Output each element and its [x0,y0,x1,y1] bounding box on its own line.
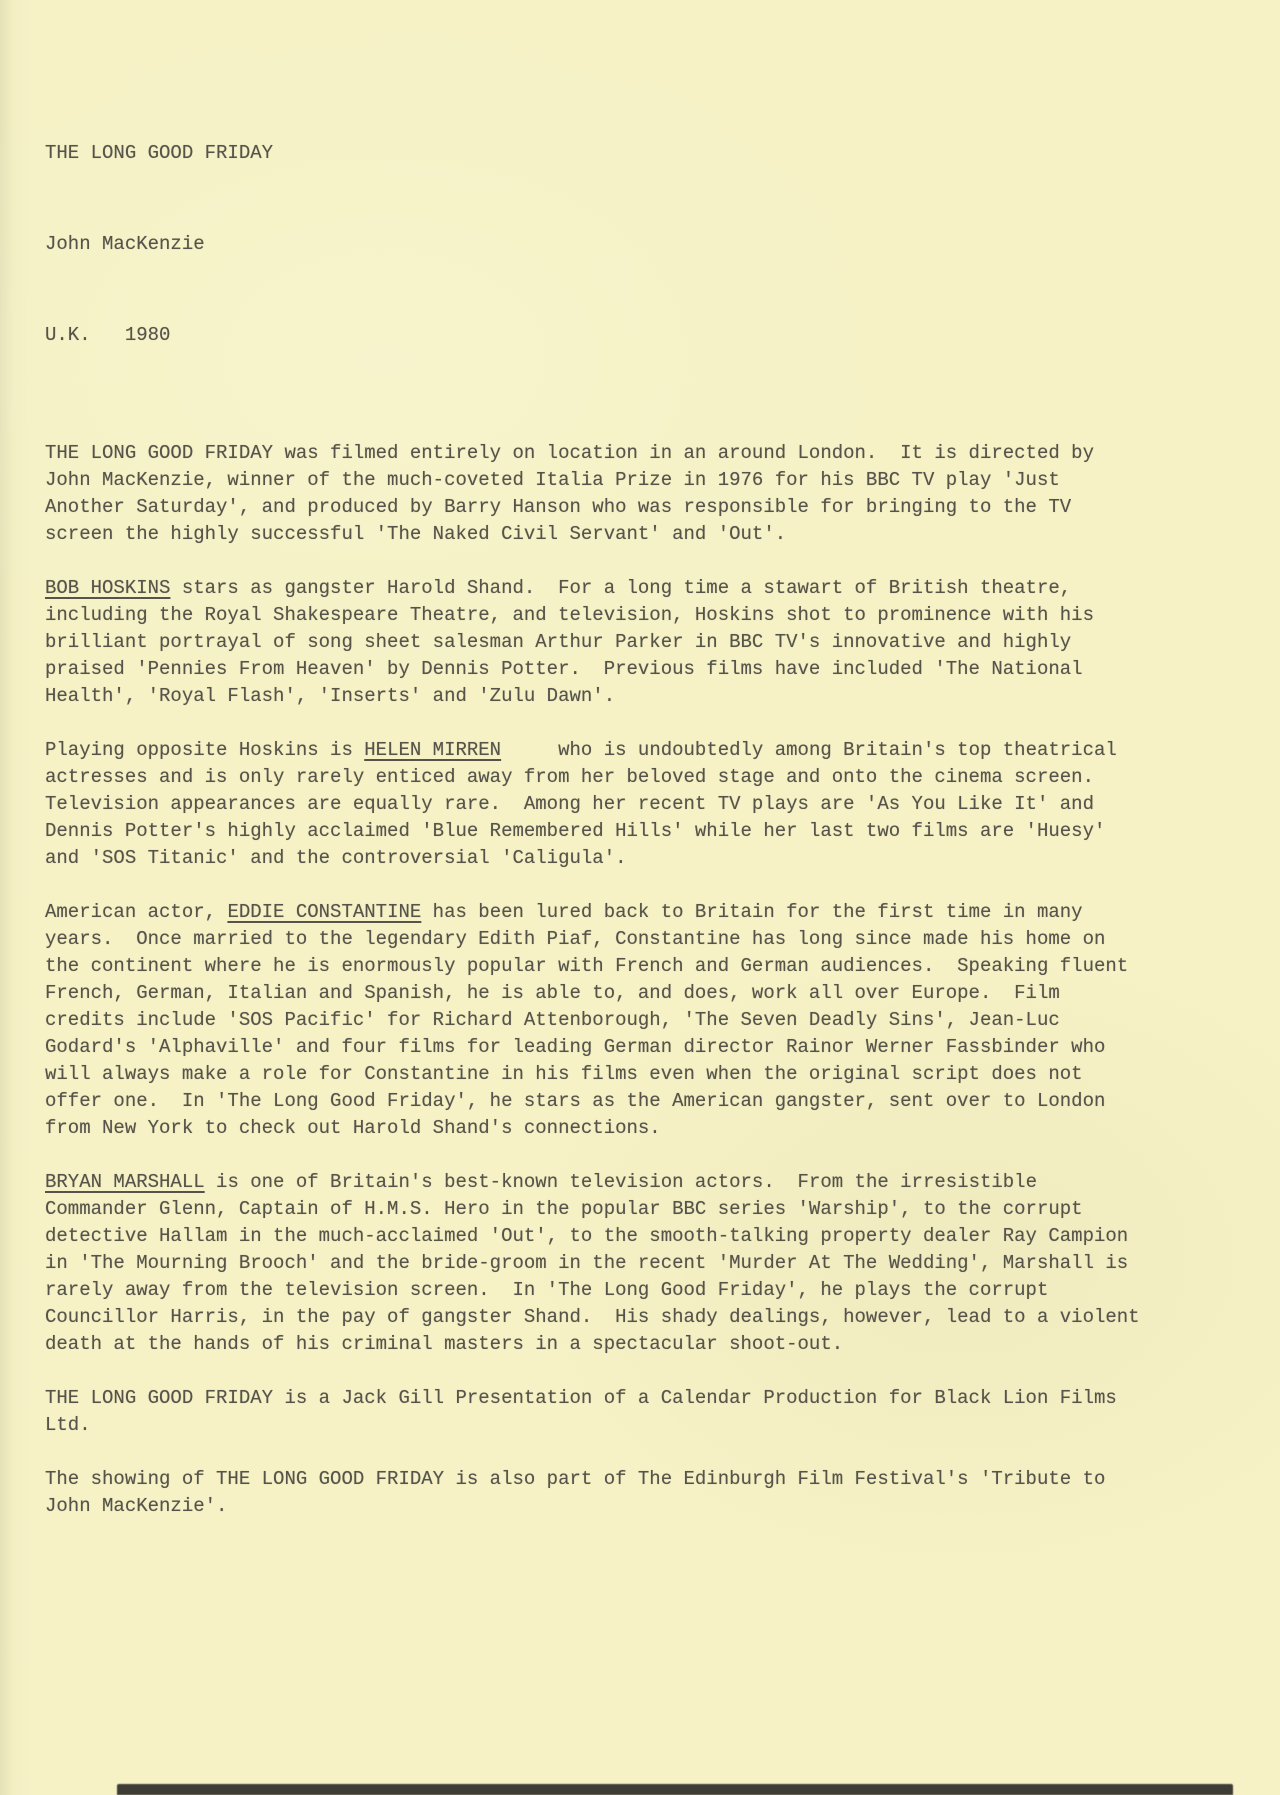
underlined-cast-name: BRYAN MARSHALL [45,1171,205,1193]
paragraph: THE LONG GOOD FRIDAY is a Jack Gill Pres… [45,1385,1145,1439]
underlined-cast-name: HELEN MIRREN [364,739,501,761]
paragraph: Playing opposite Hoskins is HELEN MIRREN… [45,737,1145,872]
paragraph-text: THE LONG GOOD FRIDAY is a Jack Gill Pres… [45,1387,1128,1436]
scanned-page: THE LONG GOOD FRIDAY John MacKenzie U.K.… [0,0,1280,1795]
paragraph: American actor, EDDIE CONSTANTINE has be… [45,899,1145,1142]
film-title: THE LONG GOOD FRIDAY [45,140,1145,167]
paragraph-text: Playing opposite Hoskins is [45,739,364,761]
underlined-cast-name: BOB HOSKINS [45,577,170,599]
scan-edge-artifact [117,1784,1233,1795]
paragraph-text: The showing of THE LONG GOOD FRIDAY is a… [45,1468,1117,1517]
underlined-cast-name: EDDIE CONSTANTINE [227,901,421,923]
document-body: THE LONG GOOD FRIDAY John MacKenzie U.K.… [45,86,1145,1574]
paragraph-text: has been lured back to Britain for the f… [45,901,1140,1139]
paragraph: BOB HOSKINS stars as gangster Harold Sha… [45,575,1145,710]
paragraph: BRYAN MARSHALL is one of Britain's best-… [45,1169,1145,1358]
paragraph: The showing of THE LONG GOOD FRIDAY is a… [45,1466,1145,1520]
paragraphs-container: THE LONG GOOD FRIDAY was filmed entirely… [45,440,1145,1520]
country-year: U.K. 1980 [45,322,1145,349]
paragraph: THE LONG GOOD FRIDAY was filmed entirely… [45,440,1145,548]
director-name: John MacKenzie [45,231,1145,258]
paragraph-text: THE LONG GOOD FRIDAY was filmed entirely… [45,442,1105,545]
paragraph-text: is one of Britain's best-known televisio… [45,1171,1151,1355]
paragraph-text: American actor, [45,901,227,923]
paragraph-text: stars as gangster Harold Shand. For a lo… [45,577,1105,707]
